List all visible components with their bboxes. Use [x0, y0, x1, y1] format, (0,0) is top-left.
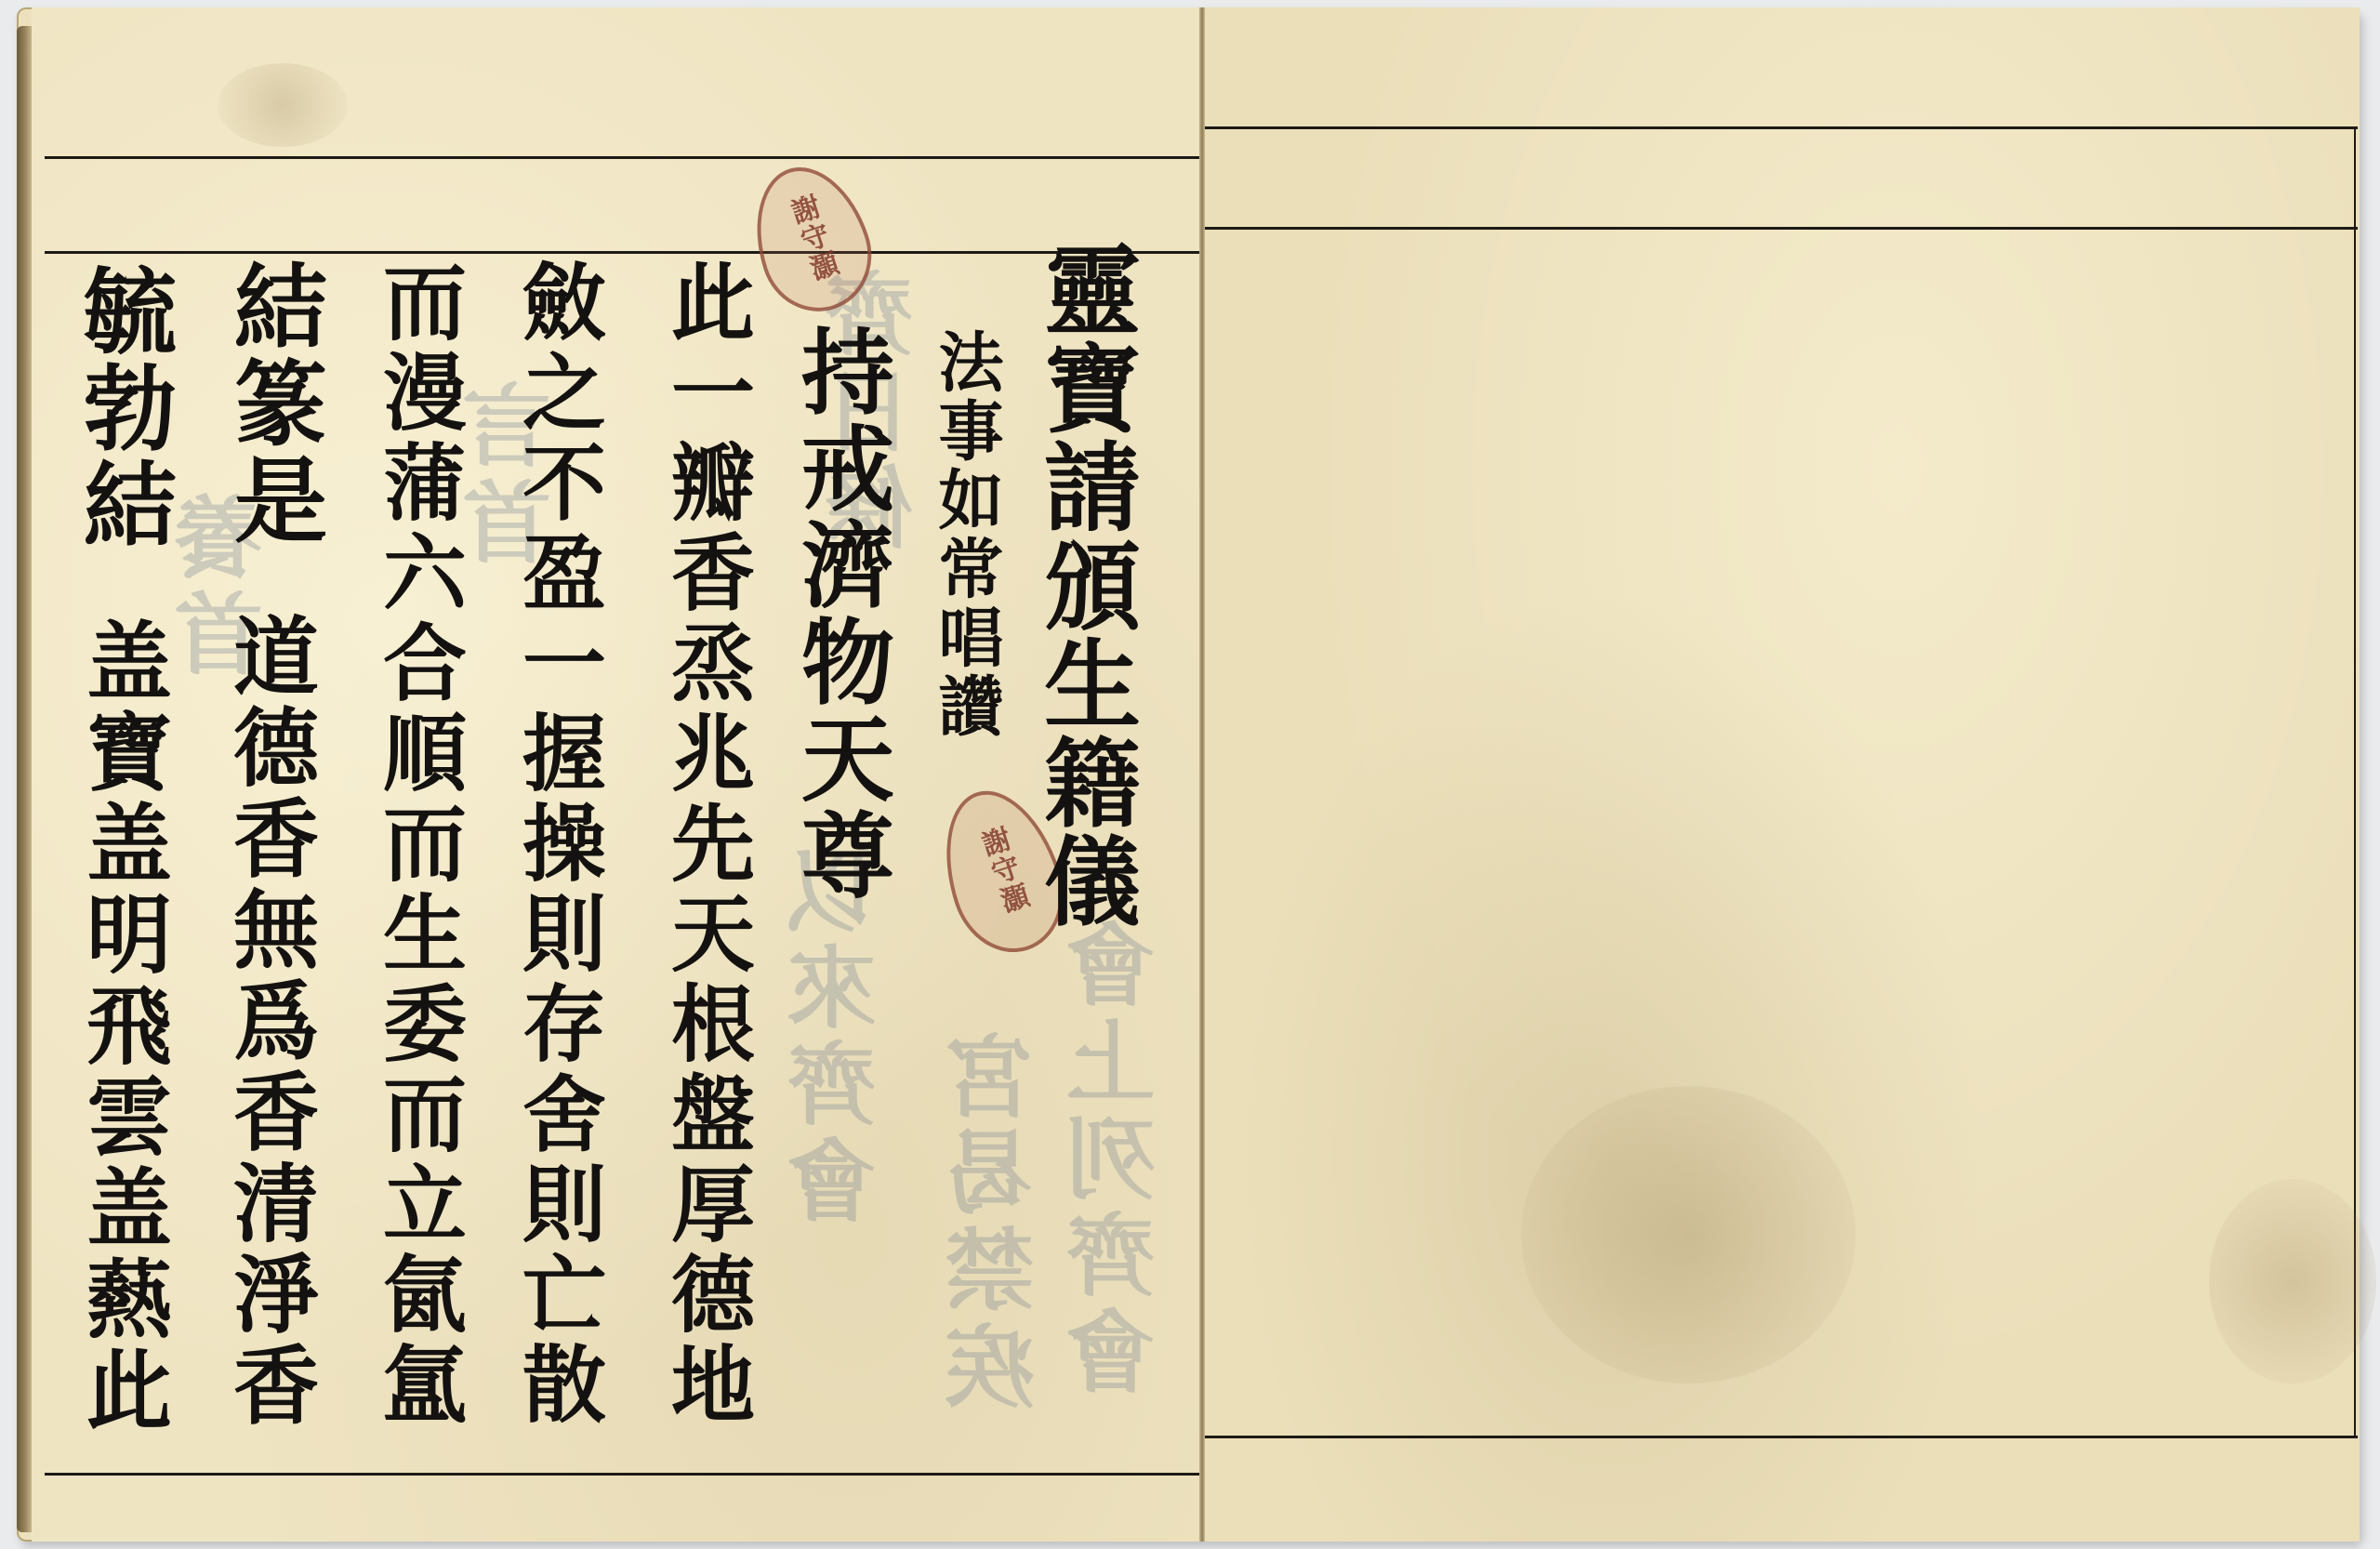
left-page: 會上列齊會 以來齊會 宮曷禁疾 齊日條 言首 養首 謝守灝 謝守灝 靈寶請頒生籍…	[32, 7, 1203, 1542]
top-margin-rule	[45, 156, 1203, 159]
water-stain	[2209, 1179, 2376, 1384]
ritual-rubric: 法事如常唱讚	[933, 328, 998, 741]
book-spine-edge	[17, 26, 32, 1532]
text-column-4b: 道德香無爲香清淨香	[227, 612, 312, 1432]
paper-stain	[218, 63, 348, 147]
bleed-through-text: 會上列齊會	[1073, 919, 1162, 1402]
bleed-through-text: 宮曷禁疾	[952, 1030, 1041, 1417]
invocation-column: 持戒濟物天尊	[794, 324, 887, 904]
text-column-1: 此一瓣香烝兆先天根盤厚德地	[664, 258, 747, 1431]
book-spread: 會上列齊會 以來齊會 宮曷禁疾 齊日條 言首 養首 謝守灝 謝守灝 靈寶請頒生籍…	[17, 7, 2360, 1542]
top-frame-rule	[1205, 227, 2358, 230]
right-page	[1205, 7, 2360, 1542]
bottom-frame-rule	[1205, 1436, 2358, 1438]
text-column-4a: 結篆是	[227, 258, 320, 549]
bottom-frame-rule	[45, 1473, 1203, 1476]
text-column-3: 而漫蒲六合順而生委而立氤氲	[376, 258, 459, 1431]
top-margin-rule	[1205, 126, 2358, 129]
text-column-5b: 盖寶盖明飛雲盖爇此	[80, 616, 165, 1436]
water-stain	[1521, 1086, 1856, 1384]
text-column-5a: 毓勃結	[76, 263, 169, 553]
document-title: 靈寶請頒生籍儀	[1036, 240, 1132, 930]
text-column-2: 斂之不盈一握操則存舍則亡散	[515, 258, 599, 1431]
